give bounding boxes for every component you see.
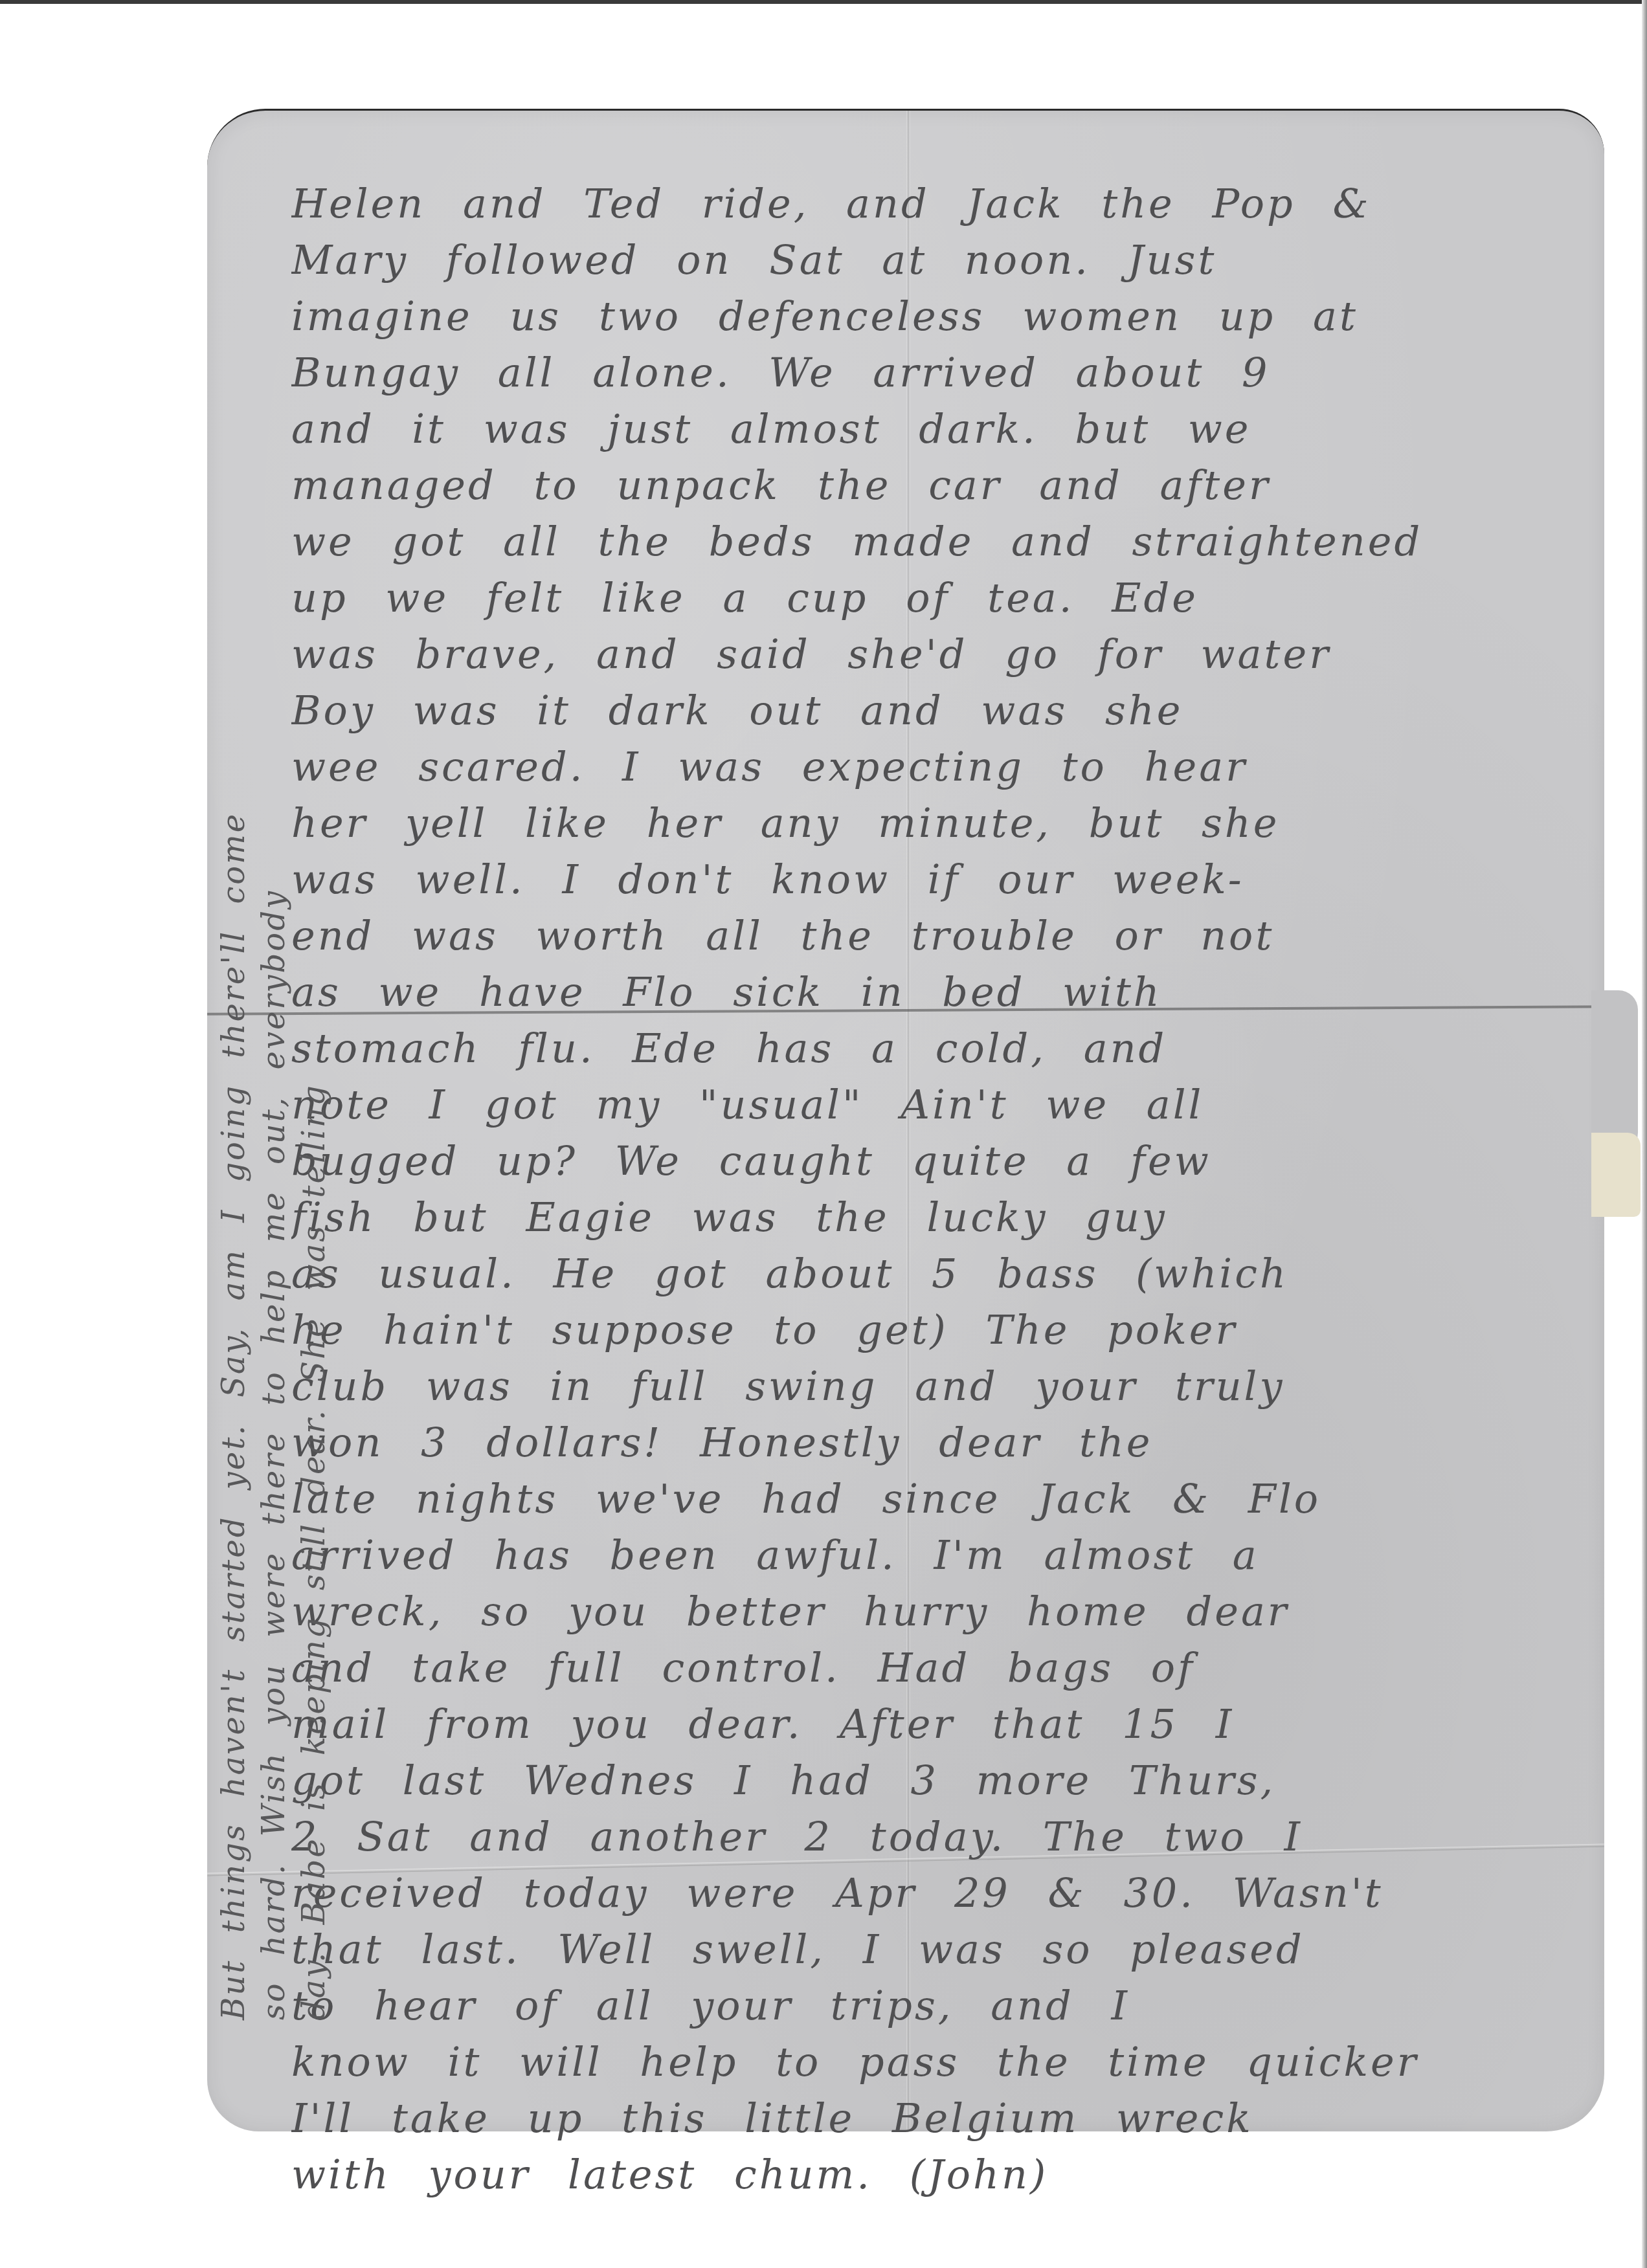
left-margin-notes: But things haven't started yet. Say, am … [214,143,334,2020]
letter-line: I'll take up this little Belgium wreck [291,2090,1554,2146]
letter-line: that last. Well swell, I was so pleased [291,1921,1554,1977]
letter-line: imagine us two defenceless women up at [291,288,1554,344]
letter-line: her yell like her any minute, but she [291,795,1554,851]
letter-line: fish but Eagie was the lucky guy [291,1189,1554,1245]
letter-line: 2 Sat and another 2 today. The two I [291,1808,1554,1865]
letter-line: bugged up? We caught quite a few [291,1133,1554,1189]
letter-line: was well. I don't know if our week- [291,851,1554,907]
letter-line: Bungay all alone. We arrived about 9 [291,344,1554,401]
letter-line: Boy was it dark out and was she [291,682,1554,739]
letter-line signature-line: with your latest chum. (John) [291,2146,1554,2203]
letter-line: mail from you dear. After that 15 I [291,1696,1554,1752]
letter-line: note I got my "usual" Ain't we all [291,1076,1554,1133]
letter-line: up we felt like a cup of tea. Ede [291,570,1554,626]
letter-line: managed to unpack the car and after [291,457,1554,513]
letter-line: stomach flu. Ede has a cold, and [291,1020,1554,1076]
margin-note-line: But things haven't started yet. Say, am … [214,143,254,2020]
letter-line: wee scared. I was expecting to hear [291,739,1554,795]
margin-note-line: day. Babe is keeping still dear. She was… [294,143,334,2020]
letter-line: arrived has been awful. I'm almost a [291,1527,1554,1583]
letter-line: club was in full swing and your truly [291,1358,1554,1414]
letter-line: to hear of all your trips, and I [291,1977,1554,2034]
letter-line: wreck, so you better hurry home dear [291,1583,1554,1640]
letter-line: won 3 dollars! Honestly dear the [291,1414,1554,1471]
letter-line: was brave, and said she'd go for water [291,626,1554,682]
letter-line: late nights we've had since Jack & Flo [291,1471,1554,1527]
letter-body: Helen and Ted ride, and Jack the Pop & M… [291,175,1554,2203]
letter-line: got last Wednes I had 3 more Thurs, [291,1752,1554,1808]
scan-top-edge [0,0,1647,4]
letter-line: Mary followed on Sat at noon. Just [291,232,1554,288]
letter-line: and take full control. Had bags of [291,1640,1554,1696]
letter-line: end was worth all the trouble or not [291,907,1554,964]
letter-line: Helen and Ted ride, and Jack the Pop & [291,175,1554,232]
letter-page: Helen and Ted ride, and Jack the Pop & M… [207,109,1604,2131]
margin-note-line: so hard. Wish you were there to help me … [254,143,294,2020]
letter-line: as usual. He got about 5 bass (which [291,1245,1554,1302]
letter-line: and it was just almost dark. but we [291,401,1554,457]
letter-line: know it will help to pass the time quick… [291,2034,1554,2090]
letter-line: we got all the beds made and straightene… [291,513,1554,570]
scan-right-edge [1642,0,1647,2268]
letter-line: received today were Apr 29 & 30. Wasn't [291,1865,1554,1921]
torn-edge-stain [1591,1133,1641,1217]
letter-line: as we have Flo sick in bed with [291,964,1554,1020]
letter-line: he hain't suppose to get) The poker [291,1302,1554,1358]
